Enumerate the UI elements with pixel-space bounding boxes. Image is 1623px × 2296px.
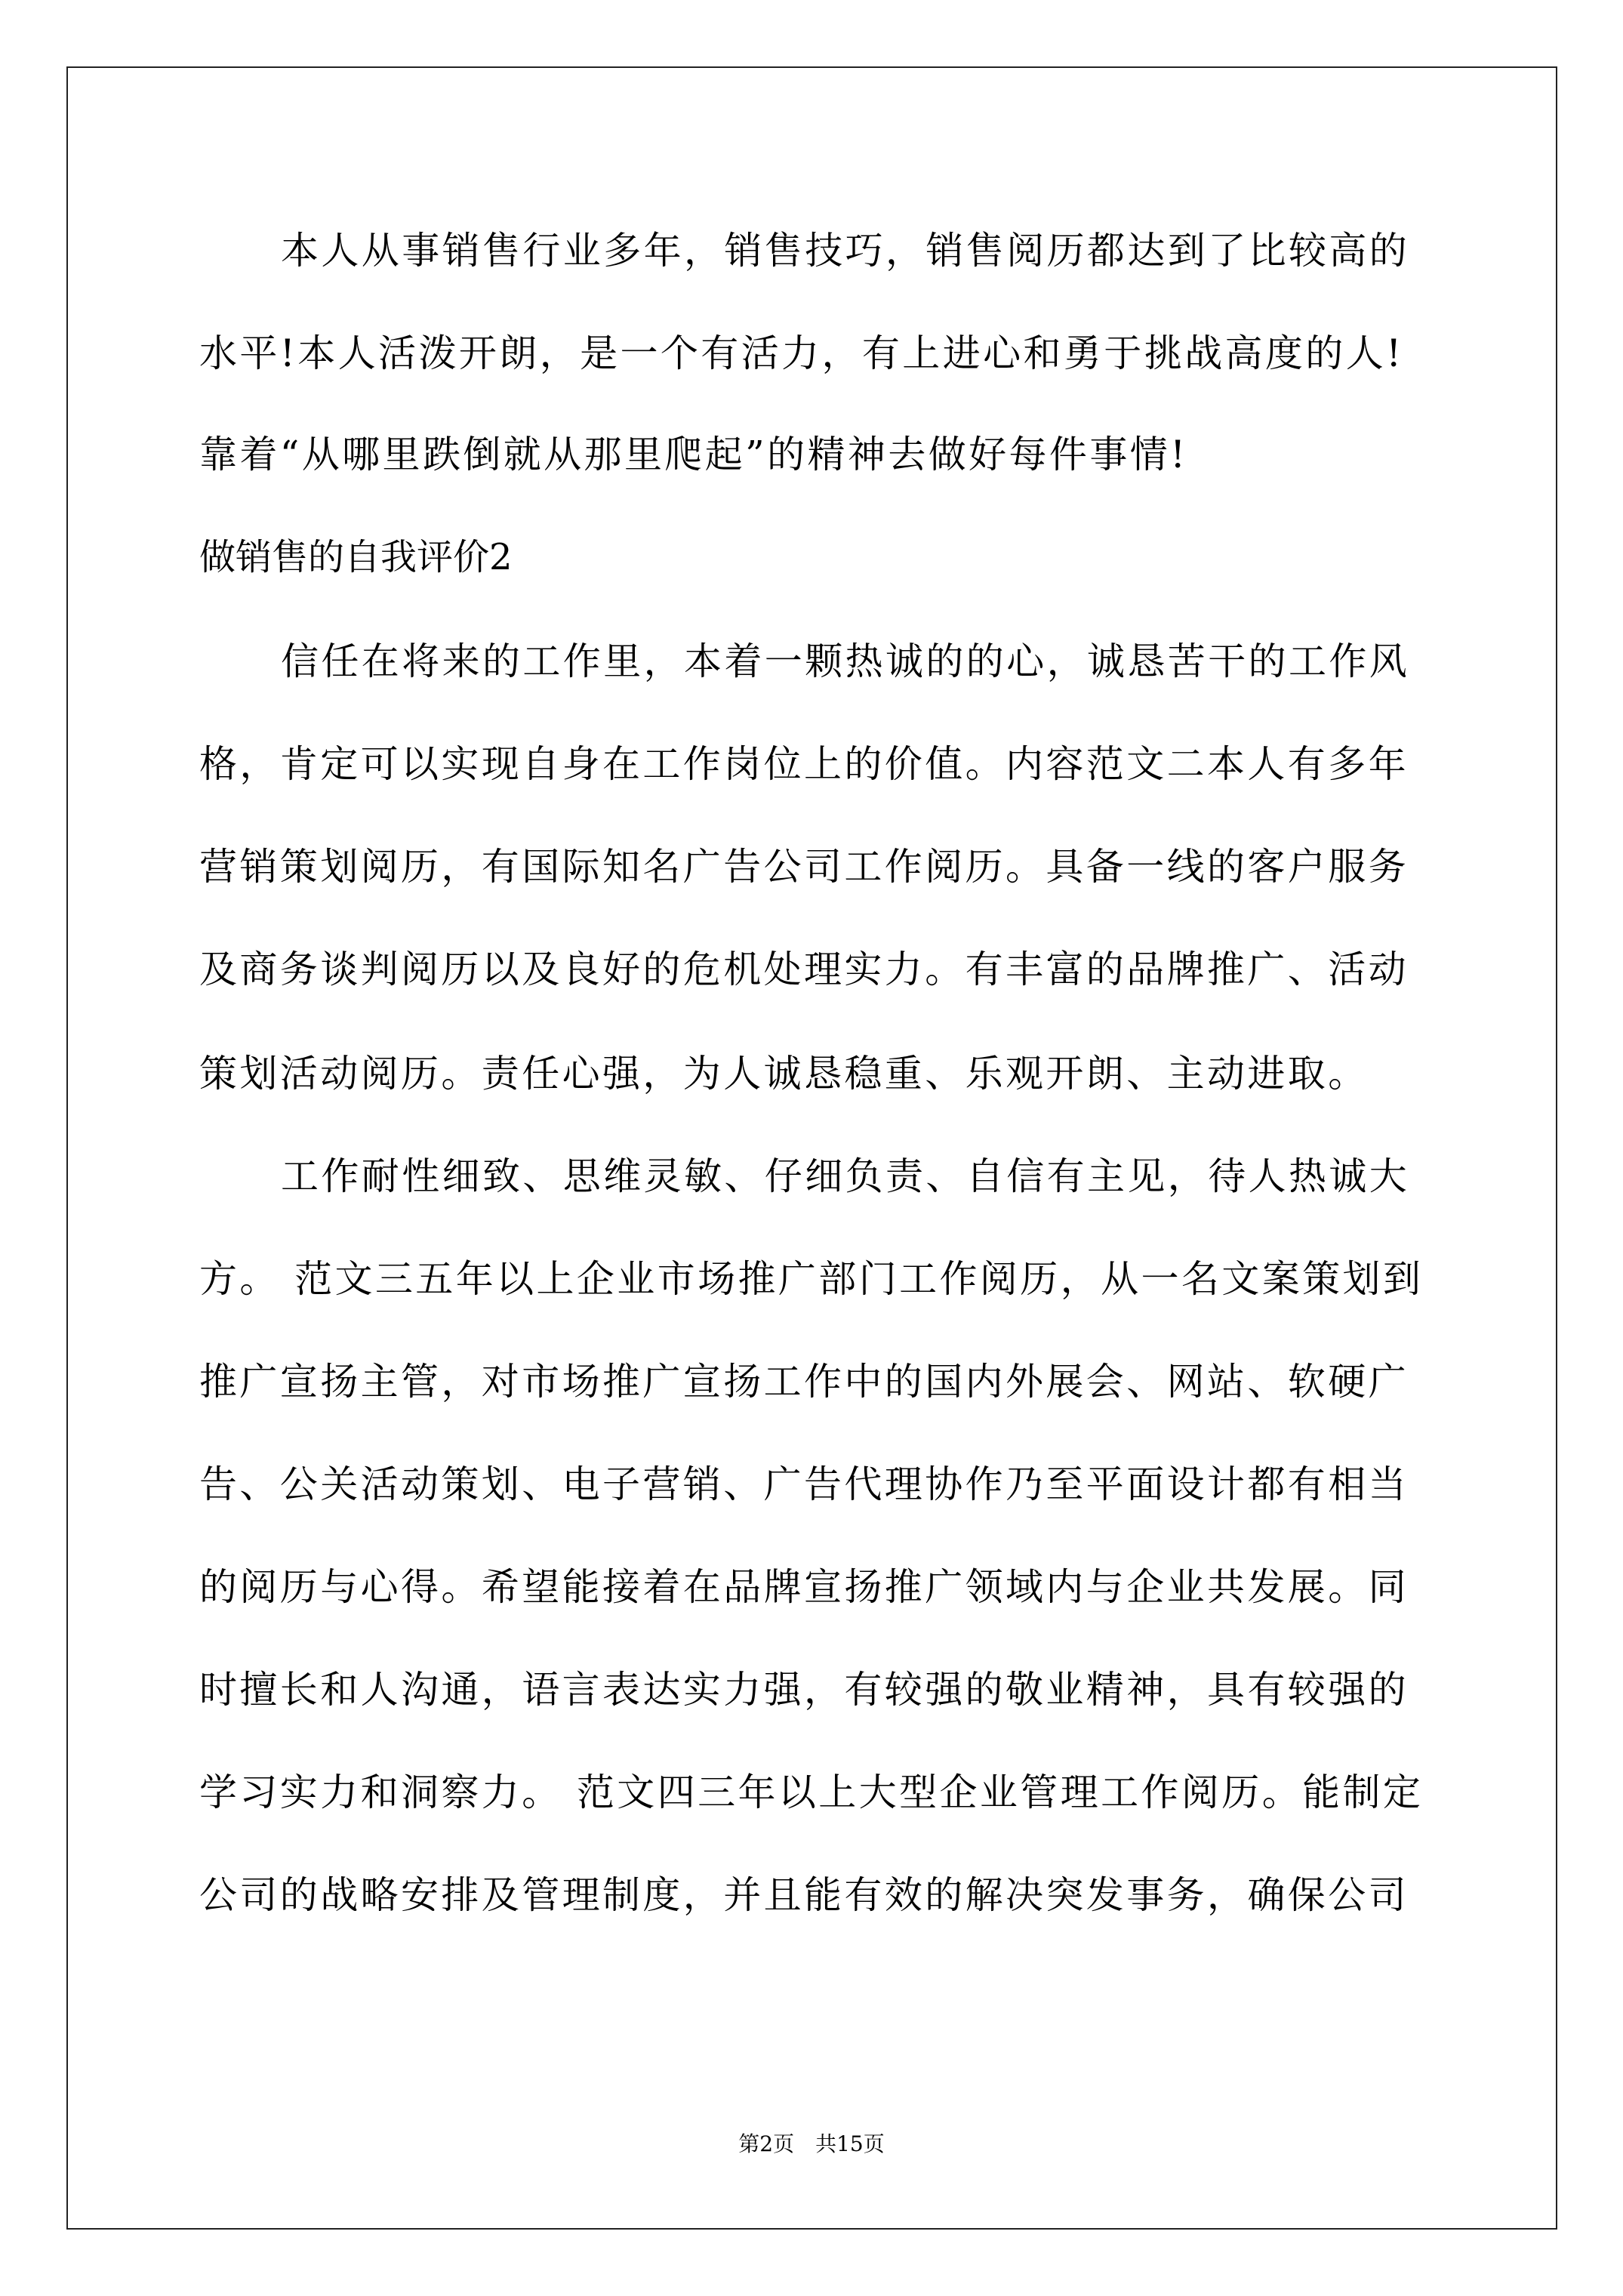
paragraph-3-line-5: 的阅历与心得。希望能接着在品牌宣扬推广领域内与企业共发展。同 — [199, 1564, 1426, 1610]
paragraph-3-line-1: 工作耐性细致、思维灵敏、仔细负责、自信有主见，待人热诚大 — [281, 1154, 1426, 1199]
page-footer: 第2页 共15页 — [0, 2131, 1623, 2158]
paragraph-1-line-1: 本人从事销售行业多年，销售技巧，销售阅历都达到了比较高的 — [281, 228, 1426, 273]
paragraph-3-line-7: 学习实力和洞察力。 范文四三年以上大型企业管理工作阅历。能制定 — [199, 1770, 1426, 1815]
page-number-label: 第2页 共15页 — [738, 2131, 884, 2156]
paragraph-3-line-8: 公司的战略安排及管理制度，并且能有效的解决突发事务，确保公司 — [199, 1872, 1426, 1918]
paragraph-3-line-6: 时擅长和人沟通，语言表达实力强，有较强的敬业精神，具有较强的 — [199, 1667, 1426, 1712]
paragraph-1-line-3: 靠着“从哪里跌倒就从那里爬起”的精神去做好每件事情! — [199, 432, 1426, 477]
paragraph-2-line-3: 营销策划阅历，有国际知名广告公司工作阅历。具备一线的客户服务 — [199, 844, 1426, 889]
section-heading: 做销售的自我评价2 — [199, 535, 1426, 580]
paragraph-3-line-2: 方。 范文三五年以上企业市场推广部门工作阅历，从一名文案策划到 — [199, 1256, 1426, 1302]
paragraph-2-line-5: 策划活动阅历。责任心强，为人诚恳稳重、乐观开朗、主动进取。 — [199, 1051, 1426, 1096]
paragraph-2-line-2: 格，肯定可以实现自身在工作岗位上的价值。内容范文二本人有多年 — [199, 741, 1426, 787]
paragraph-2-line-1: 信任在将来的工作里，本着一颗热诚的的心，诚恳苦干的工作风 — [281, 639, 1426, 684]
paragraph-2-line-4: 及商务谈判阅历以及良好的危机处理实力。有丰富的品牌推广、活动 — [199, 947, 1426, 992]
paragraph-1-line-2: 水平!本人活泼开朗，是一个有活力，有上进心和勇于挑战高度的人! — [199, 331, 1426, 376]
paragraph-3-line-4: 告、公关活动策划、电子营销、广告代理协作乃至平面设计都有相当 — [199, 1462, 1426, 1507]
paragraph-3-line-3: 推广宣扬主管，对市场推广宣扬工作中的国内外展会、网站、软硬广 — [199, 1359, 1426, 1404]
